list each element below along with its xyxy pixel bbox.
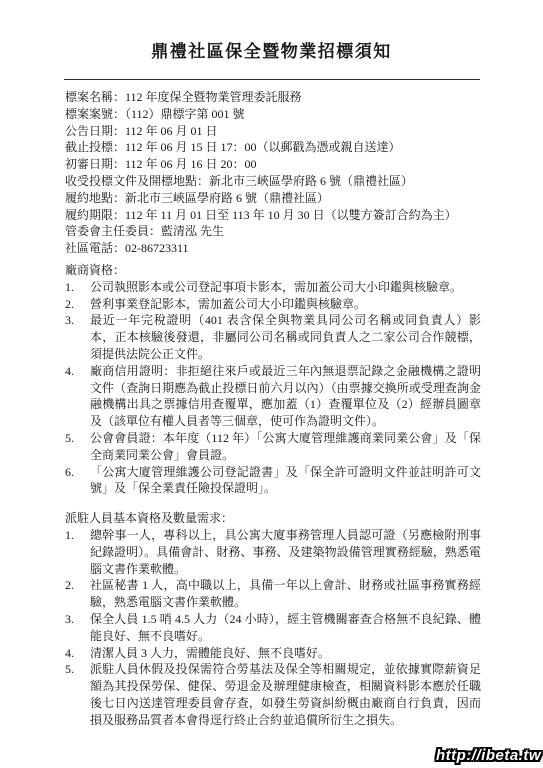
info-line-tender-name: 標案名稱：112 年度保全暨物業管理委託服務 [65,89,481,106]
list-item-text: 最近一年完稅證明（401 表含保全與物業具同公司名稱或同負責人）影本，正本核驗後… [90,312,481,362]
info-line-perform-location: 履約地點：新北市三峽區學府路 6 號（鼎禮社區） [65,190,481,207]
list-item-number: 3. [65,611,90,645]
list-item: 5. 派駐人員休假及投保需符合勞基法及保全等相關規定，並依據實際薪資足額為其投保… [65,661,481,728]
vendor-qualification-list: 1. 公司執照影本或公司登記事項卡影本，需加蓋公司大小印鑑與核驗章。 2. 營利… [65,279,481,497]
document-body: 標案名稱：112 年度保全暨物業管理委託服務 標案案號：（112）鼎標字第 00… [65,89,481,728]
info-line-phone: 社區電話：02-86723311 [65,240,481,257]
info-line-announce-date: 公告日期：112 年 06 月 01 日 [65,123,481,140]
list-item-text: 營利事業登記影本，需加蓋公司大小印鑑與核驗章。 [90,296,481,313]
info-line-contract-period: 履約期限：112 年 11 月 01 日至 113 年 10 月 30 日（以雙… [65,207,481,224]
list-item: 2. 社區秘書 1 人，高中職以上，具備一年以上會計、財務或社區事務實務經驗，熟… [65,577,481,611]
list-item-number: 1. [65,527,90,577]
list-item-text: 總幹事一人，專科以上，具公寓大廈事務管理人員認可證（另應檢附刑事紀錄證明）。具備… [90,527,481,577]
list-item: 2. 營利事業登記影本，需加蓋公司大小印鑑與核驗章。 [65,296,481,313]
list-item-number: 2. [65,577,90,611]
list-item-number: 6. [65,464,90,498]
list-item: 3. 最近一年完稅證明（401 表含保全與物業具同公司名稱或同負責人）影本，正本… [65,312,481,362]
list-item-text: 公會會員證：本年度（112 年）「公寓大廈管理維護商業同業公會」及「保全商業同業… [90,430,481,464]
list-item-number: 4. [65,363,90,430]
watermark-url: http://ibeta.tw [436,747,541,764]
list-item: 1. 公司執照影本或公司登記事項卡影本，需加蓋公司大小印鑑與核驗章。 [65,279,481,296]
list-item-text: 清潔人員 3 人力，需體能良好、無不良嗜好。 [90,645,481,662]
list-item: 1. 總幹事一人，專科以上，具公寓大廈事務管理人員認可證（另應檢附刑事紀錄證明）… [65,527,481,577]
list-item: 3. 保全人員 1.5 哨 4.5 人力（24 小時），經主管機關審查合格無不良… [65,611,481,645]
list-item-text: 廠商信用證明：非拒絕往來戶或最近三年內無退票記錄之金融機構之證明文件（查詢日期應… [90,363,481,430]
info-line-bid-location: 收受投標文件及開標地點：新北市三峽區學府路 6 號（鼎禮社區） [65,173,481,190]
list-item-text: 「公寓大廈管理維護公司登記證書」及「保全許可證明文件並註明許可文號」及「保全業責… [90,464,481,498]
list-item-text: 派駐人員休假及投保需符合勞基法及保全等相關規定，並依據實際薪資足額為其投保勞保、… [90,661,481,728]
staff-section-heading: 派駐人員基本資格及數量需求： [65,510,481,527]
list-item: 4. 廠商信用證明：非拒絕往來戶或最近三年內無退票記錄之金融機構之證明文件（查詢… [65,363,481,430]
list-item-number: 5. [65,661,90,728]
info-line-chairman: 管委會主任委員：藍清泓 先生 [65,223,481,240]
list-item-number: 1. [65,279,90,296]
info-line-tender-number: 標案案號：（112）鼎標字第 001 號 [65,106,481,123]
list-item-number: 3. [65,312,90,362]
document-page: 鼎禮社區保全暨物業招標須知 標案名稱：112 年度保全暨物業管理委託服務 標案案… [0,0,543,768]
info-line-bid-deadline: 截止投標：112 年 06 月 15 日 17：00（以郵戳為憑或親自送達） [65,139,481,156]
list-item-number: 2. [65,296,90,313]
vendor-section-heading: 廠商資格： [65,262,481,279]
staff-requirements-list: 1. 總幹事一人，專科以上，具公寓大廈事務管理人員認可證（另應檢附刑事紀錄證明）… [65,527,481,729]
list-item: 6. 「公寓大廈管理維護公司登記證書」及「保全許可證明文件並註明許可文號」及「保… [65,464,481,498]
title-divider [64,79,480,80]
info-line-review-date: 初審日期：112 年 06 月 16 日 20：00 [65,156,481,173]
list-item-text: 公司執照影本或公司登記事項卡影本，需加蓋公司大小印鑑與核驗章。 [90,279,481,296]
list-item: 4. 清潔人員 3 人力，需體能良好、無不良嗜好。 [65,645,481,662]
list-item-text: 保全人員 1.5 哨 4.5 人力（24 小時），經主管機關審查合格無不良紀錄、… [90,611,481,645]
page-title: 鼎禮社區保全暨物業招標須知 [0,0,543,62]
list-item-number: 5. [65,430,90,464]
list-item: 5. 公會會員證：本年度（112 年）「公寓大廈管理維護商業同業公會」及「保全商… [65,430,481,464]
list-item-number: 4. [65,645,90,662]
list-item-text: 社區秘書 1 人，高中職以上，具備一年以上會計、財務或社區事務實務經驗，熟悉電腦… [90,577,481,611]
